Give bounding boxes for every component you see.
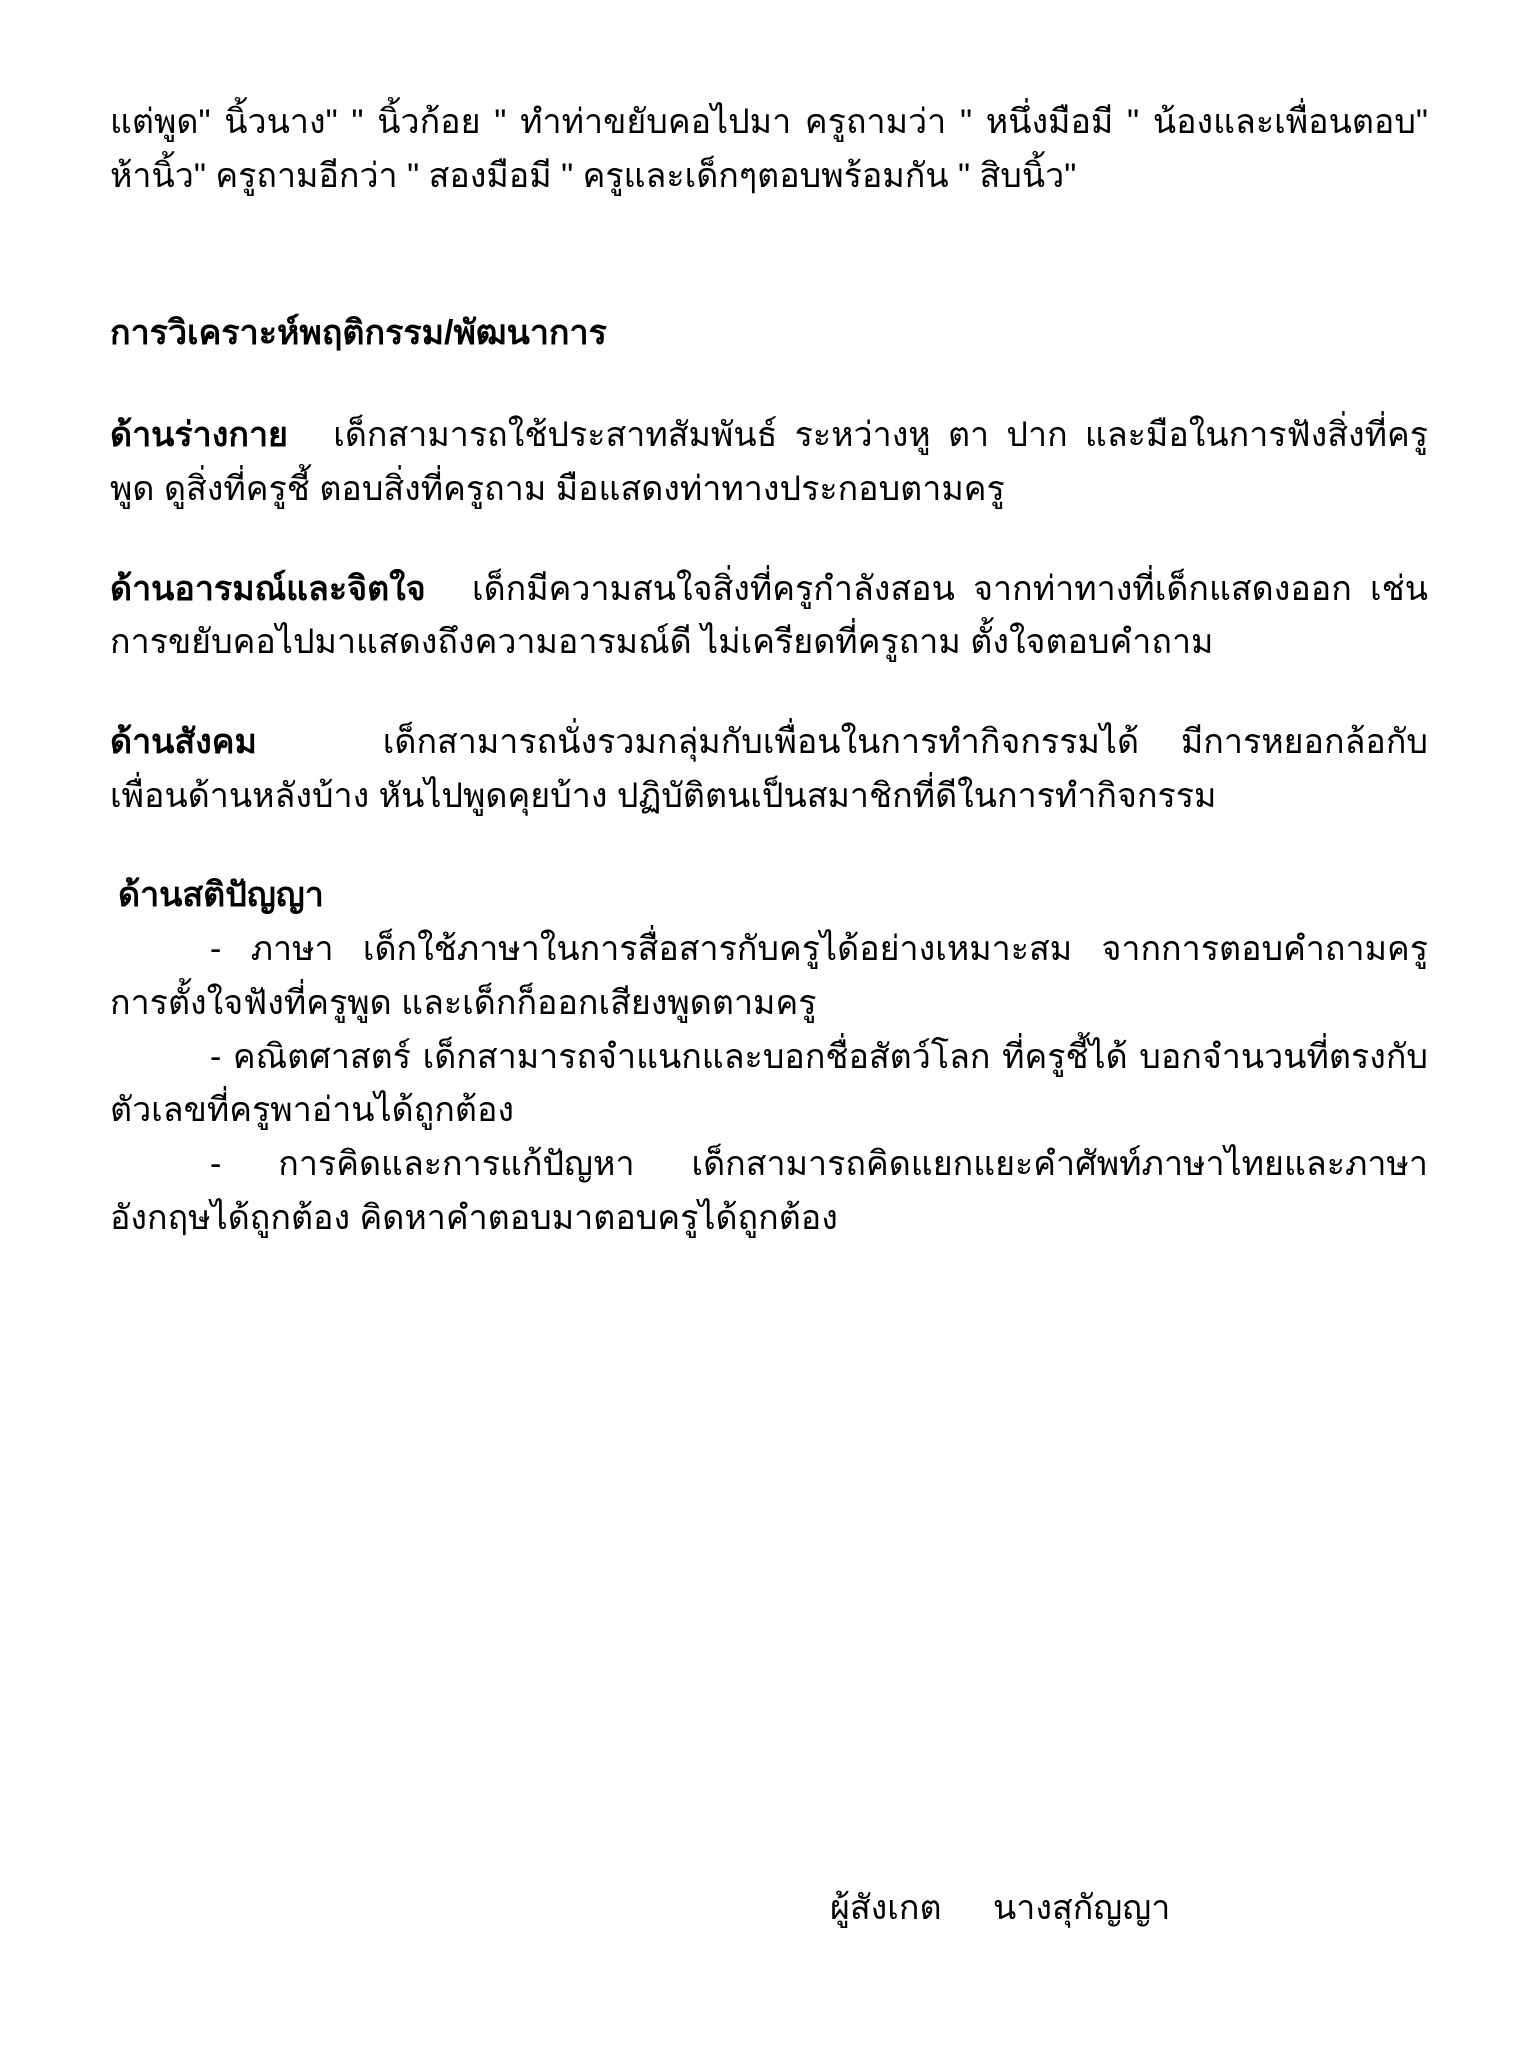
observer-signature-name: นางสุกัญญา (993, 1889, 1170, 1927)
section-physical-label: ด้านร่างกาย (110, 416, 288, 454)
section-emotional: ด้านอารมณ์และจิตใจ เด็กมีความสนใจสิ่งที่… (110, 563, 1428, 670)
observer-signature: ผู้สังเกต นางสุกัญญา (830, 1882, 1170, 1936)
intellectual-item-math: - คณิตศาสตร์ เด็กสามารถจำแนกและบอกชื่อสั… (110, 1031, 1428, 1138)
intellectual-item-language: - ภาษา เด็กใช้ภาษาในการสื่อสารกับครูได้อ… (110, 923, 1428, 1030)
section-physical: ด้านร่างกาย เด็กสามารถใช้ประสาทสัมพันธ์ … (110, 409, 1428, 516)
document-page: แต่พูด" นิ้วนาง" " นิ้วก้อย " ทำท่าขยับค… (0, 0, 1536, 2048)
section-intellectual-label: ด้านสติปัญญา (110, 869, 1428, 923)
section-physical-text: เด็กสามารถใช้ประสาทสัมพันธ์ ระหว่างหู ตา… (110, 416, 1428, 508)
analysis-heading: การวิเคราะห์พฤติกรรม/พัฒนาการ (110, 307, 1428, 361)
section-social: ด้านสังคม เด็กสามารถนั่งรวมกลุ่มกับเพื่อ… (110, 716, 1428, 823)
section-intellectual: ด้านสติปัญญา - ภาษา เด็กใช้ภาษาในการสื่อ… (110, 869, 1428, 1245)
section-emotional-label: ด้านอารมณ์และจิตใจ (110, 570, 426, 608)
intro-paragraph: แต่พูด" นิ้วนาง" " นิ้วก้อย " ทำท่าขยับค… (110, 96, 1428, 203)
observer-signature-label: ผู้สังเกต (830, 1889, 942, 1927)
intellectual-item-problem-solving: - การคิดและการแก้ปัญหา เด็กสามารถคิดแยกแ… (110, 1138, 1428, 1245)
section-social-text: เด็กสามารถนั่งรวมกลุ่มกับเพื่อนในการทำกิ… (110, 723, 1428, 815)
section-social-label: ด้านสังคม (110, 723, 257, 761)
